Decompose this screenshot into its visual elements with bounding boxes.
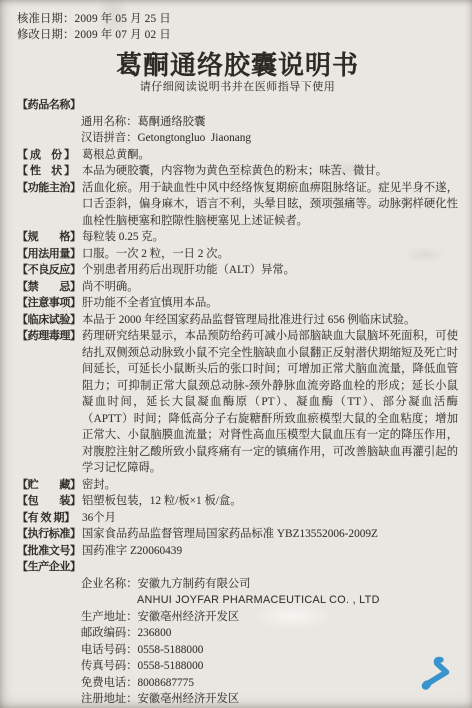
page-subtitle: 请仔细阅读说明书并在医师指导下使用 [17,80,458,94]
section-contraindications: 【禁 忌】尚不明确。 [17,279,458,296]
section-sub-line: 传真号码：0558-5188000 [81,658,458,675]
section-content: 本品为硬胶囊，内容物为黄色至棕黄色的粉末；味苦、微甘。 [82,163,458,180]
sections-container: 【药品名称】通用名称：葛酮通络胶囊汉语拼音：Getongtongluo Jiao… [17,97,458,708]
section-content: 药理研究结果显示，本品预防给药可减小局部脑缺血大鼠脑坏死面积，可使结扎双侧颈总动… [82,328,458,477]
section-content: 国家食品药品监督管理局国家药品标准 YBZ13552006-2009Z [82,526,458,543]
section-label: 【注意事项】 [17,295,82,312]
section-approval-number: 【批准文号】国药准字 Z20060439 [17,543,458,560]
revision-date: 修改日期：2009 年 07 月 02 日 [17,28,458,44]
section-dosage: 【用法用量】口服。一次 2 粒，一日 2 次。 [17,246,458,263]
pen-mark-icon [420,654,454,692]
section-content: 36个月 [82,510,458,527]
section-label: 【功能主治】 [17,180,82,197]
section-label: 【贮 藏】 [17,477,82,494]
page-title: 葛酮通络胶囊说明书 [17,50,458,80]
approval-date: 核准日期：2009 年 05 月 25 日 [17,12,458,28]
section-content: 铝塑板包装，12 粒/板×1 板/盒。 [82,493,458,510]
section-content: 尚不明确。 [82,279,458,296]
section-functions-indications: 【功能主治】活血化瘀。用于缺血性中风中经络恢复期瘀血痹阻脉络证。症见半身不遂，口… [17,180,458,230]
section-drug-name: 【药品名称】 [17,97,458,114]
section-sub-line: 生产地址：安徽亳州经济开发区 [81,609,458,626]
section-pharmacology-toxicology: 【药理毒理】药理研究结果显示，本品预防给药可减小局部脑缺血大鼠脑坏死面积，可使结… [17,328,458,477]
section-label: 【 性 状 】 [17,163,82,180]
section-content: 每粒装 0.25 克。 [82,229,458,246]
section-label: 【 成 份 】 [17,147,82,164]
section-content: 本品于 2000 年经国家药品监督管理局批准进行过 656 例临床试验。 [82,312,458,329]
section-sub-line: 通用名称：葛酮通络胶囊 [81,114,458,131]
section-content: 肝功能不全者宜慎用本品。 [82,295,458,312]
section-label: 【有 效 期】 [17,510,82,527]
section-label: 【药理毒理】 [17,328,82,345]
section-strength: 【规 格】每粒装 0.25 克。 [17,229,458,246]
section-sub-line: 注册地址：安徽亳州经济开发区 [81,691,458,708]
section-sub-line: 电话号码：0558-5188000 [81,642,458,659]
section-content: 葛根总黄酮。 [82,147,458,164]
date-block: 核准日期：2009 年 05 月 25 日 修改日期：2009 年 07 月 0… [17,12,458,43]
section-label: 【临床试验】 [17,312,82,329]
section-manufacturer: 【生产企业】 [17,559,458,576]
section-content: 国药准字 Z20060439 [82,543,458,560]
section-content: 密封。 [82,477,458,494]
section-sub-line: 邮政编码：236800 [81,625,458,642]
package-insert-page: 核准日期：2009 年 05 月 25 日 修改日期：2009 年 07 月 0… [0,0,472,708]
section-precautions: 【注意事项】肝功能不全者宜慎用本品。 [17,295,458,312]
section-sub-line: 企业名称：安徽九方制药有限公司 [81,576,458,593]
section-description: 【 性 状 】本品为硬胶囊，内容物为黄色至棕黄色的粉末；味苦、微甘。 [17,163,458,180]
section-label: 【执行标准】 [17,526,82,543]
section-label: 【规 格】 [17,229,82,246]
section-adverse-reactions: 【不良反应】个别患者用药后出现肝功能（ALT）异常。 [17,262,458,279]
section-content: 口服。一次 2 粒，一日 2 次。 [82,246,458,263]
section-storage: 【贮 藏】密封。 [17,477,458,494]
section-executive-standard: 【执行标准】国家食品药品监督管理局国家药品标准 YBZ13552006-2009… [17,526,458,543]
section-label: 【用法用量】 [17,246,82,263]
section-ingredients: 【 成 份 】葛根总黄酮。 [17,147,458,164]
section-label: 【包 装】 [17,493,82,510]
section-label: 【不良反应】 [17,262,82,279]
section-label: 【批准文号】 [17,543,82,560]
section-shelf-life: 【有 效 期】36个月 [17,510,458,527]
section-label: 【生产企业】 [17,559,82,576]
section-label: 【药品名称】 [17,97,82,114]
section-label: 【禁 忌】 [17,279,82,296]
section-sub-line: 汉语拼音：Getongtongluo Jiaonang [81,130,458,147]
section-content: 活血化瘀。用于缺血性中风中经络恢复期瘀血痹阻脉络证。症见半身不遂，口舌歪斜，偏身… [82,180,458,230]
section-sub-line: 免费电话：8008687775 [81,675,458,692]
section-sub-line: ANHUI JOYFAR PHARMACEUTICAL CO. , LTD [137,592,458,609]
section-clinical-trials: 【临床试验】本品于 2000 年经国家药品监督管理局批准进行过 656 例临床试… [17,312,458,329]
section-content: 个别患者用药后出现肝功能（ALT）异常。 [82,262,458,279]
section-packaging: 【包 装】铝塑板包装，12 粒/板×1 板/盒。 [17,493,458,510]
